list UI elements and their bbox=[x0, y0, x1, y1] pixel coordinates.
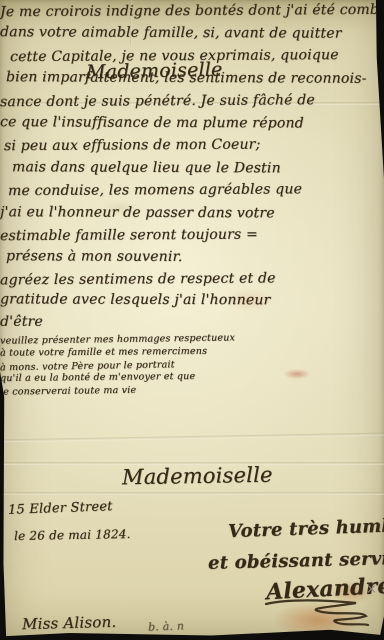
letter-line: agréez les sentimens de respect et de bbox=[0, 268, 384, 292]
letter-line: ce que l'insuffisance de ma plume répond bbox=[0, 111, 378, 135]
recipient-annotation: Miss Alison. bbox=[22, 613, 117, 633]
annotation-scribble: b. à. n bbox=[148, 619, 185, 633]
letter-line: cette Capitale, je ne vous exprimais, qu… bbox=[0, 44, 378, 69]
letter-body: Je me croirois indigne des bontés dont j… bbox=[0, 0, 378, 269]
letter-line: estimable famille seront toujours = bbox=[0, 223, 378, 248]
closing-formula: agréez les sentimens de respect et de gr… bbox=[0, 269, 384, 334]
photo-of-letter: Mademoiselle Je me croirois indigne des … bbox=[0, 0, 384, 640]
letter-line: Je me croirois indigne des bontés dont j… bbox=[0, 0, 378, 24]
signature-flourish bbox=[264, 598, 370, 632]
valediction-line: et obéissant serviteur bbox=[208, 547, 384, 574]
letter-line: présens à mon souvenir. bbox=[0, 246, 378, 270]
letter-line: sance dont je suis pénétré. Je suis fâch… bbox=[0, 88, 378, 113]
pencil-x-mark: × bbox=[366, 582, 377, 597]
fold-crease bbox=[0, 433, 384, 443]
salutation: Mademoiselle bbox=[122, 463, 273, 490]
letter-line: bien imparfaitement, les sentimens de re… bbox=[0, 66, 378, 90]
letter-date: le 26 de mai 1824. bbox=[14, 527, 131, 543]
letter-line: dans votre aimable famille, si, avant de… bbox=[0, 22, 378, 46]
letter-line: j'ai eu l'honneur de passer dans votre bbox=[0, 201, 378, 225]
postscript: veuillez présenter mes hommages respectu… bbox=[0, 333, 384, 396]
fold-crease bbox=[0, 492, 384, 495]
sender-address: 15 Elder Street bbox=[8, 499, 113, 518]
letter-paper: Mademoiselle Je me croirois indigne des … bbox=[0, 0, 384, 640]
letter-line: gratitude avec lesquels j'ai l'honneur bbox=[0, 290, 384, 313]
letter-line: me conduise, les momens agréables que bbox=[0, 178, 378, 203]
letter-line: mais dans quelque lieu que le Destin bbox=[0, 156, 378, 180]
letter-line: si peu aux effusions de mon Coeur; bbox=[0, 133, 378, 158]
valediction-line: Votre très humble bbox=[228, 515, 384, 542]
